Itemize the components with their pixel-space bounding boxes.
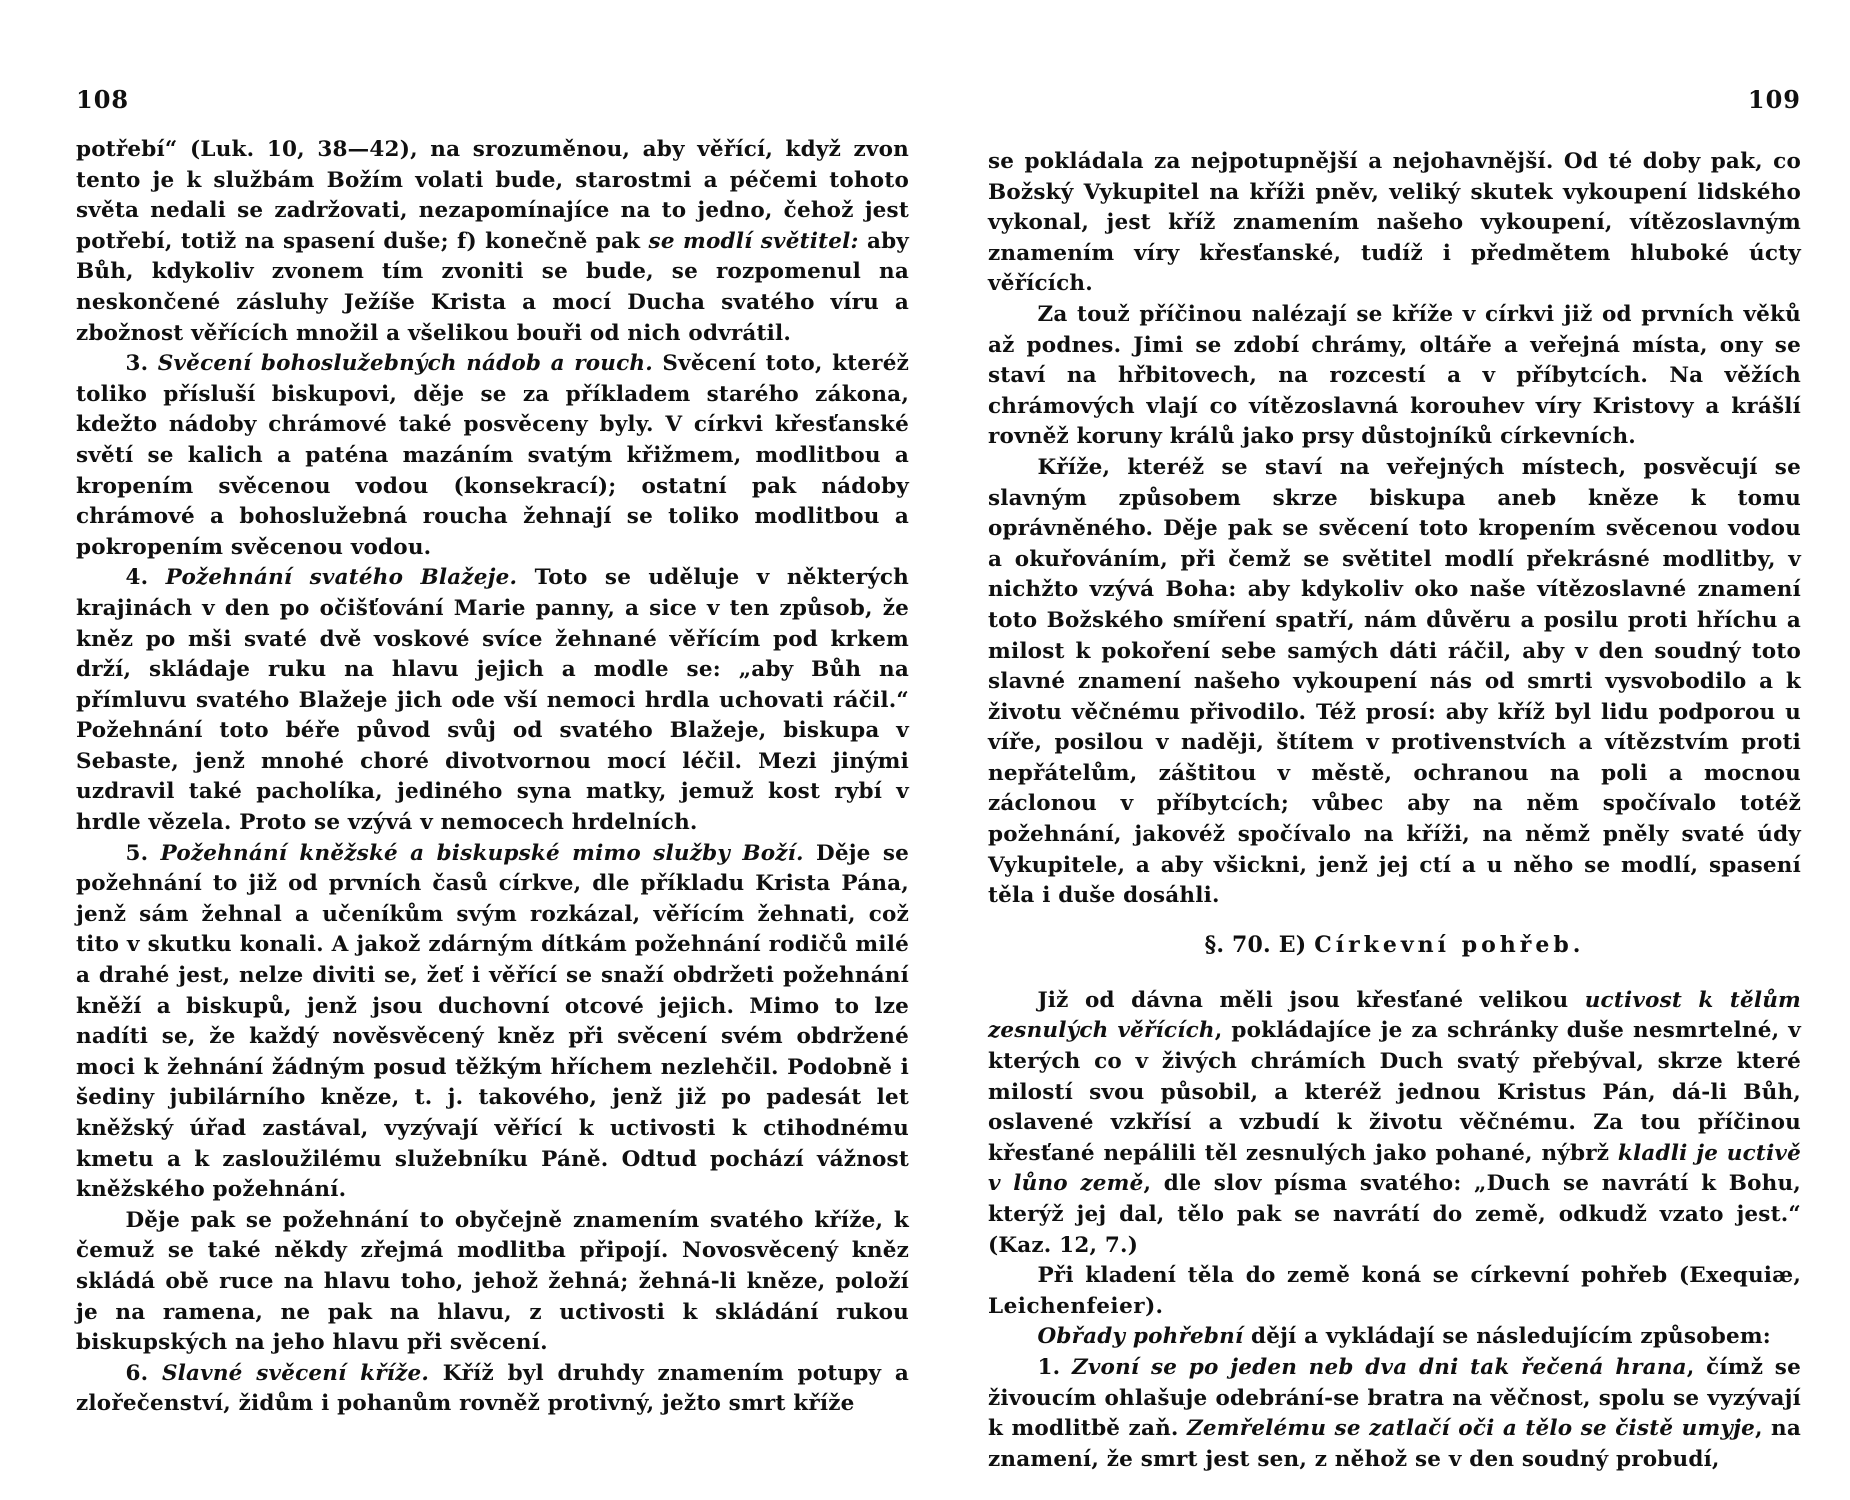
italic-text-run: Svěcení bohoslužebných nádob a rouch. [158, 351, 653, 376]
italic-text-run: Požehnání kněžské a biskupské mimo služb… [161, 841, 804, 866]
page-left: 108 potřebí“ (Luk. 10, 38—42), na srozum… [76, 85, 909, 1420]
paragraph: 5. Požehnání kněžské a biskupské mimo sl… [76, 839, 909, 1206]
paragraph: 3. Svěcení bohoslužebných nádob a rouch.… [76, 349, 909, 563]
paragraph: Již od dávna měli jsou křesťané velikou … [988, 986, 1801, 1261]
text-run: Toto se uděluje v některých krajinách v … [76, 565, 909, 835]
page-right-text-column: se pokládala za nejpotupnější a nejohavn… [988, 147, 1801, 1475]
text-run: ). [1145, 1294, 1163, 1319]
italic-text-run: Požehnání svatého Blažeje. [166, 565, 518, 590]
page-right-lower-paragraphs: Již od dávna měli jsou křesťané velikou … [988, 986, 1801, 1476]
text-run: Svěcení toto, kteréž toliko přísluší bis… [76, 351, 909, 560]
paragraph: Za touž příčinou nalézají se kříže v cír… [988, 300, 1801, 453]
text-run: Již od dávna měli jsou křesťané velikou [1037, 988, 1584, 1013]
text-run: 1. [1037, 1355, 1072, 1380]
italic-text-run: Zemřelému se zatlačí oči a tělo se čistě… [1187, 1416, 1755, 1441]
section-heading-number: §. 70. E) [1205, 932, 1315, 958]
paragraph: Při kladení těla do země koná se církevn… [988, 1261, 1801, 1322]
text-run: Děje pak se požehnání to obyčejně znamen… [76, 1208, 909, 1355]
text-run: se pokládala za nejpotupnější a nejohavn… [988, 149, 1801, 296]
section-heading-title: Církevní pohřeb. [1314, 932, 1584, 958]
italic-text-run: Obřady pohřební [1037, 1324, 1243, 1349]
text-run: Děje se požehnání to již od prvních časů… [76, 841, 909, 1203]
text-run: 6. [125, 1361, 162, 1386]
book-spread: { "page_left": { "number": "108", "parag… [0, 0, 1850, 1500]
text-run: Za touž příčinou nalézají se kříže v cír… [988, 302, 1801, 449]
paragraph: 6. Slavné svěcení kříže. Kříž byl druhdy… [76, 1359, 909, 1420]
page-number-right: 109 [988, 85, 1801, 115]
page-number-left: 108 [76, 85, 909, 115]
text-run: dějí a vykládají se následujícím způsobe… [1243, 1324, 1771, 1349]
text-run: Při kladení těla do země koná se církevn… [1037, 1263, 1801, 1288]
paragraph: Děje pak se požehnání to obyčejně znamen… [76, 1206, 909, 1359]
text-run: Kříže, kteréž se staví na veřejných míst… [988, 455, 1801, 908]
paragraph: 1. Zvoní se po jeden neb dva dni tak řeč… [988, 1353, 1801, 1475]
paragraph: potřebí“ (Luk. 10, 38—42), na srozuměnou… [76, 135, 909, 349]
text-run: 4. [125, 565, 165, 590]
paragraph: Obřady pohřební dějí a vykládají se násl… [988, 1322, 1801, 1353]
section-heading: §. 70. E) Církevní pohřeb. [988, 930, 1801, 960]
page-right: 109 se pokládala za nejpotupnější a nejo… [988, 85, 1801, 1475]
text-run: 3. [125, 351, 157, 376]
paragraph: se pokládala za nejpotupnější a nejohavn… [988, 147, 1801, 300]
page-right-upper-paragraphs: se pokládala za nejpotupnější a nejohavn… [988, 147, 1801, 912]
paragraph: 4. Požehnání svatého Blažeje. Toto se ud… [76, 563, 909, 838]
fraktur-text-run: Leichenfeier [988, 1294, 1145, 1319]
text-run: 5. [125, 841, 160, 866]
italic-text-run: se modlí světitel: [649, 229, 859, 254]
italic-text-run: Slavné svěcení kříže. [162, 1361, 429, 1386]
page-left-text-column: potřebí“ (Luk. 10, 38—42), na srozuměnou… [76, 135, 909, 1420]
italic-text-run: Zvoní se po jeden neb dva dni tak řečená… [1072, 1355, 1687, 1380]
paragraph: Kříže, kteréž se staví na veřejných míst… [988, 453, 1801, 912]
